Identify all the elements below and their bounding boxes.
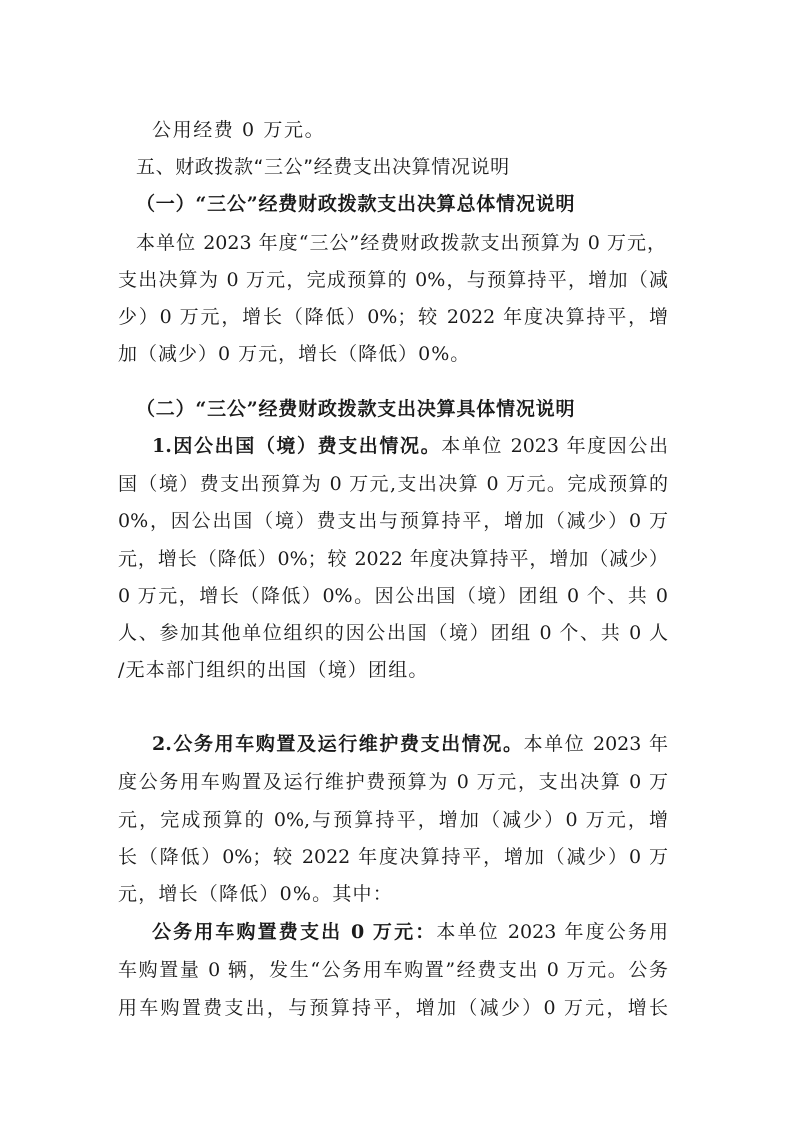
line-text: /无本部门组织的出国（境）团组。 (118, 659, 429, 681)
line-text: 度公务用车购置及运行维护费预算为 0 万元，支出决算 0 万 (118, 771, 668, 793)
paragraph-line: 少）0 万元，增长（降低）0%；较 2022 年度决算持平，增 (118, 305, 668, 329)
line-text: 用车购置费支出，与预算持平，增加（减少）0 万元，增长 (118, 997, 668, 1019)
line-text: 人、参加其他单位组织的因公出国（境）团组 0 个、共 0 人 (118, 622, 668, 644)
paragraph-line: 支出决算为 0 万元，完成预算的 0%，与预算持平，增加（减 (118, 268, 668, 292)
heading-text: 五、财政拨款“三公”经费支出决算情况说明 (136, 156, 510, 178)
paragraph-line: 加（减少）0 万元，增长（降低）0%。 (118, 342, 674, 366)
line-text: 少）0 万元，增长（降低）0%；较 2022 年度决算持平，增 (118, 306, 668, 328)
section-heading-five: 五、财政拨款“三公”经费支出决算情况说明 (136, 155, 692, 179)
heading-text: （二）“三公”经费财政拨款支出决算具体情况说明 (136, 398, 575, 420)
paragraph-line: 元，增长（降低）0%。其中： (118, 882, 674, 906)
paragraph-line: 0 万元，增长（降低）0%。因公出国（境）团组 0 个、共 0 (118, 584, 668, 608)
line-text: 本单位 2023 年 (524, 733, 668, 755)
item-title-official-vehicles: 2.公务用车购置及运行维护费支出情况。 (152, 733, 524, 755)
item-title-overseas-travel: 1.因公出国（境）费支出情况。 (152, 435, 441, 457)
line-text: 公用经费 0 万元。 (152, 119, 325, 141)
document-page: 公用经费 0 万元。 五、财政拨款“三公”经费支出决算情况说明 （一）“三公”经… (0, 0, 793, 1122)
paragraph-line: 本单位 2023 年度“三公”经费财政拨款支出预算为 0 万元， (136, 231, 666, 255)
paragraph-line-vehicle-purchase: 公务用车购置费支出 0 万元：本单位 2023 年度公务用 (152, 920, 668, 944)
line-text: 0%，因公出国（境）费支出与预算持平，增加（减少）0 万 (118, 510, 668, 532)
subsection-heading-two: （二）“三公”经费财政拨款支出决算具体情况说明 (136, 397, 692, 421)
paragraph-line: 元，增长（降低）0%；较 2022 年度决算持平，增加（减少） (118, 547, 668, 571)
line-text: 加（减少）0 万元，增长（降低）0%。 (118, 343, 470, 365)
paragraph-line: 度公务用车购置及运行维护费预算为 0 万元，支出决算 0 万 (118, 770, 668, 794)
line-text: 元，完成预算的 0%,与预算持平，增加（减少）0 万元，增 (118, 809, 668, 831)
line-text: 本单位 2023 年度“三公”经费财政拨款支出预算为 0 万元， (136, 232, 666, 254)
line-text: 国（境）费支出预算为 0 万元,支出决算 0 万元。完成预算的 (118, 473, 668, 495)
line-text: 0 万元，增长（降低）0%。因公出国（境）团组 0 个、共 0 (118, 585, 668, 607)
line-text: 车购置量 0 辆，发生“公务用车购置”经费支出 0 万元。公务 (118, 959, 668, 981)
heading-text: （一）“三公”经费财政拨款支出决算总体情况说明 (136, 193, 575, 215)
paragraph-line: 0%，因公出国（境）费支出与预算持平，增加（减少）0 万 (118, 509, 668, 533)
line-text: 本单位 2023 年度因公出 (441, 435, 668, 457)
paragraph-line-public-funds: 公用经费 0 万元。 (152, 118, 708, 142)
line-text: 支出决算为 0 万元，完成预算的 0%，与预算持平，增加（减 (118, 269, 668, 291)
paragraph-line: 用车购置费支出，与预算持平，增加（减少）0 万元，增长 (118, 996, 668, 1020)
paragraph-line: /无本部门组织的出国（境）团组。 (118, 658, 674, 682)
subsection-heading-one: （一）“三公”经费财政拨款支出决算总体情况说明 (136, 192, 692, 216)
line-text: 元，增长（降低）0%。其中： (118, 883, 393, 905)
paragraph-line: 国（境）费支出预算为 0 万元,支出决算 0 万元。完成预算的 (118, 472, 668, 496)
line-text: 元，增长（降低）0%；较 2022 年度决算持平，增加（减少） (118, 548, 668, 570)
paragraph-line: 车购置量 0 辆，发生“公务用车购置”经费支出 0 万元。公务 (118, 958, 668, 982)
paragraph-line: 长（降低）0%；较 2022 年度决算持平，增加（减少）0 万 (118, 845, 668, 869)
line-text: 长（降低）0%；较 2022 年度决算持平，增加（减少）0 万 (118, 846, 668, 868)
paragraph-line: 元，完成预算的 0%,与预算持平，增加（减少）0 万元，增 (118, 808, 668, 832)
paragraph-line-item-1: 1.因公出国（境）费支出情况。本单位 2023 年度因公出 (152, 434, 668, 458)
item-title-vehicle-purchase: 公务用车购置费支出 0 万元： (152, 921, 436, 943)
line-text: 本单位 2023 年度公务用 (436, 921, 668, 943)
paragraph-line: 人、参加其他单位组织的因公出国（境）团组 0 个、共 0 人 (118, 621, 668, 645)
paragraph-line-item-2: 2.公务用车购置及运行维护费支出情况。本单位 2023 年 (152, 732, 668, 756)
